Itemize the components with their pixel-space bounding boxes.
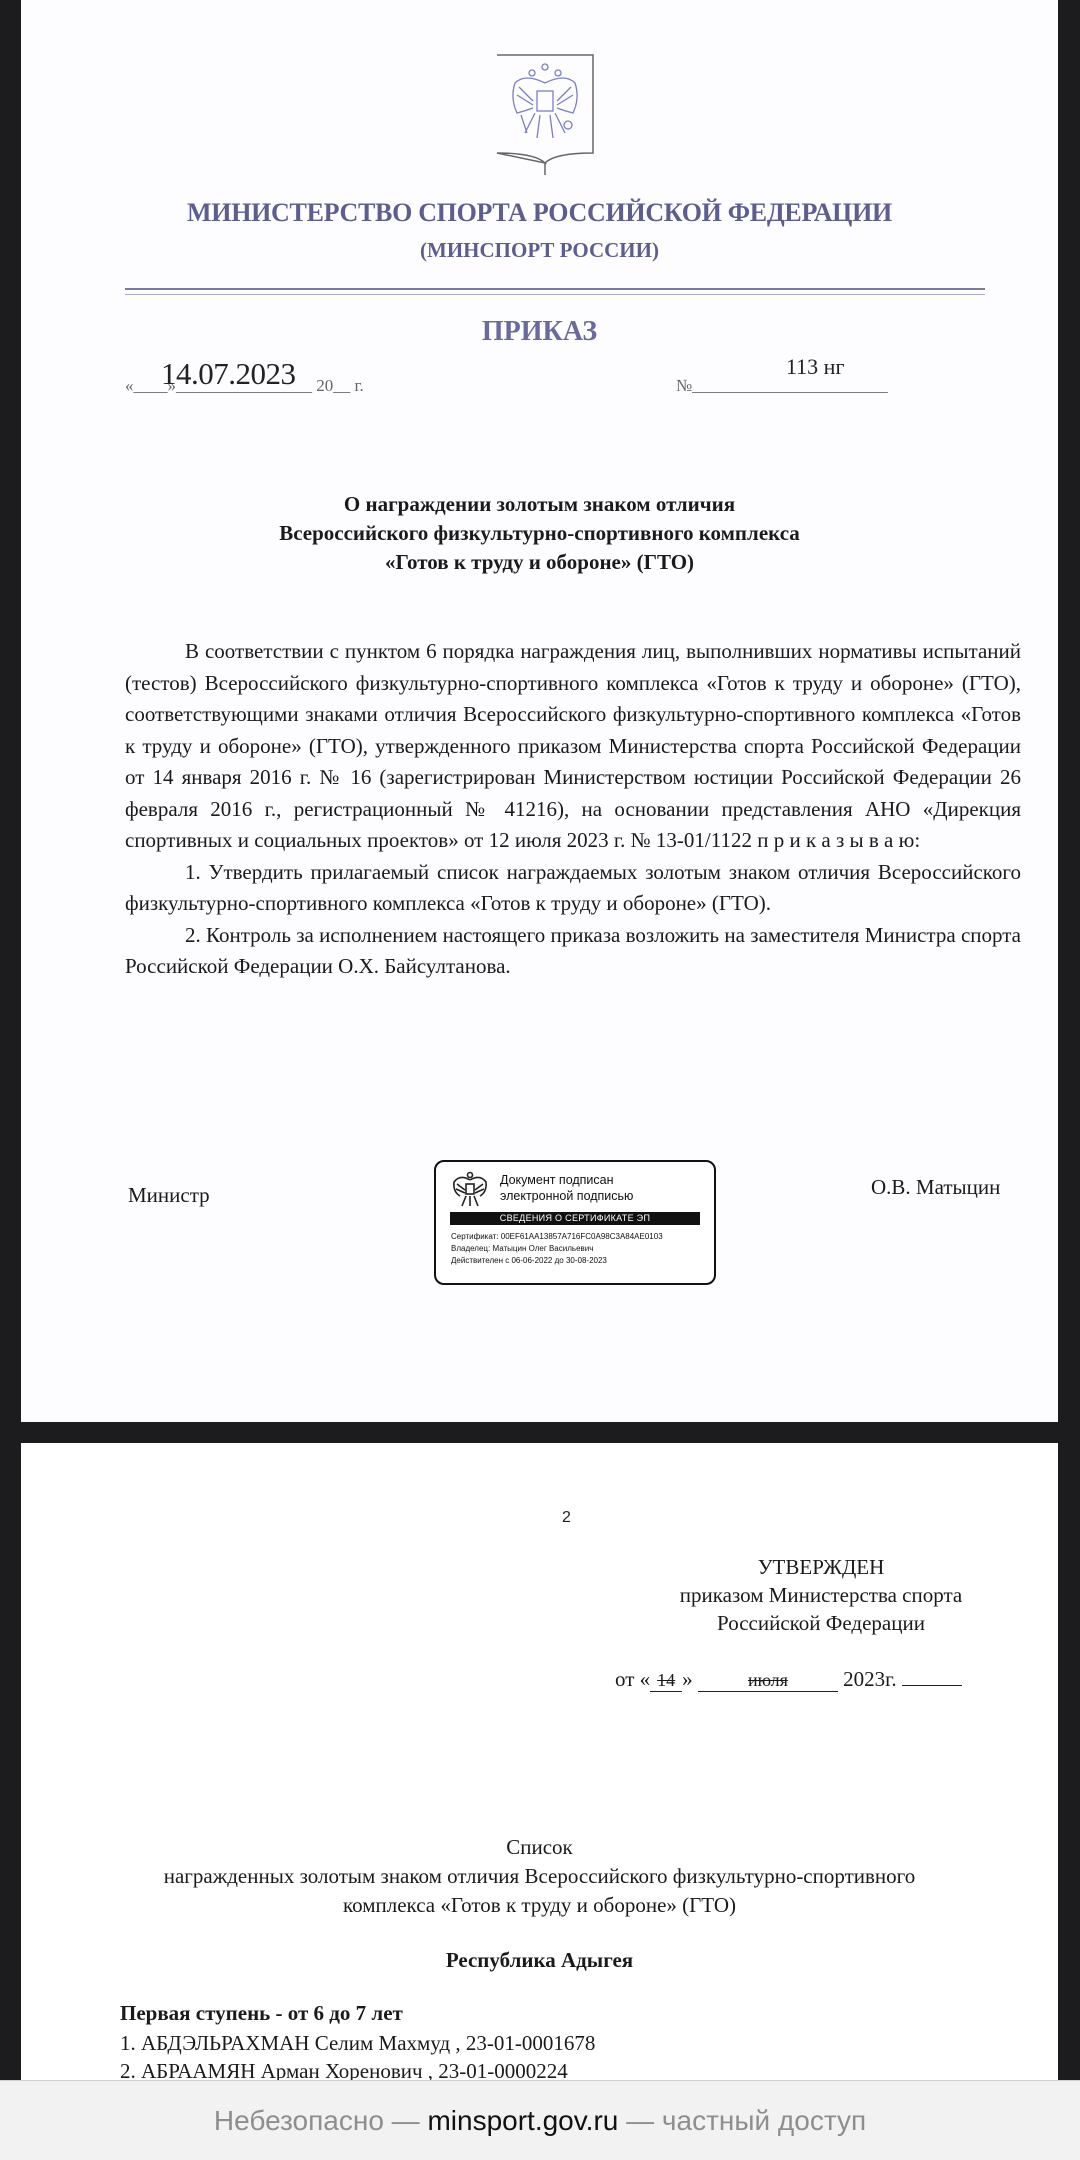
- order-date: 14.07.2023: [161, 356, 296, 392]
- document-page-1: МИНИСТЕРСТВО СПОРТА РОССИЙСКОЙ ФЕДЕРАЦИИ…: [21, 0, 1058, 1422]
- approval-month: июля: [698, 1670, 838, 1692]
- approval-number-blank: [902, 1685, 962, 1686]
- certificate-serial: Сертификат: 00EF61AA13857A716FC0A98C3A84…: [451, 1231, 663, 1243]
- certificate-info-bar: СВЕДЕНИЯ О СЕРТИФИКАТЕ ЭП: [450, 1212, 700, 1225]
- list-title-line: Список: [21, 1833, 1058, 1862]
- electronic-signature-stamp: Документ подписан электронной подписью С…: [434, 1160, 716, 1285]
- approval-line: приказом Министерства спорта: [611, 1581, 1031, 1609]
- security-warning: Небезопасно —: [214, 2105, 428, 2136]
- signature-heading-line: Документ подписан: [500, 1172, 633, 1188]
- approval-date: от «14» июля 2023г.: [615, 1667, 962, 1692]
- document-type-heading: ПРИКАЗ: [21, 316, 1058, 348]
- certificate-owner: Владелец: Матыцин Олег Васильевич: [451, 1243, 663, 1255]
- ministry-short-name: (МИНСПОРТ РОССИИ): [21, 238, 1058, 263]
- private-access-label: — частный доступ: [618, 2105, 866, 2136]
- order-title-line: «Готов к труду и обороне» (ГТО): [21, 548, 1058, 577]
- region-heading: Республика Адыгея: [21, 1948, 1058, 1973]
- order-number: 113 нг: [786, 354, 844, 380]
- order-title-line: О награждении золотым знаком отличия: [21, 490, 1058, 519]
- coat-of-arms-emblem-icon: [495, 53, 595, 178]
- eagle-emblem-icon: [450, 1170, 490, 1210]
- minister-label: Министр: [128, 1183, 210, 1208]
- list-title: Список награжденных золотым знаком отлич…: [21, 1833, 1058, 1920]
- body-paragraph: В соответствии с пунктом 6 порядка награ…: [125, 636, 1021, 857]
- browser-address-bar[interactable]: Небезопасно — minsport.gov.ru — частный …: [0, 2080, 1080, 2160]
- order-title-line: Всероссийского физкультурно-спортивного …: [21, 519, 1058, 548]
- order-body: В соответствии с пунктом 6 порядка награ…: [125, 636, 1021, 983]
- certificate-details: Сертификат: 00EF61AA13857A716FC0A98C3A84…: [451, 1231, 663, 1267]
- approval-line: УТВЕРЖДЕН: [611, 1553, 1031, 1581]
- approval-line: Российской Федерации: [611, 1609, 1031, 1637]
- signature-heading-line: электронной подписью: [500, 1188, 633, 1204]
- ministry-name: МИНИСТЕРСТВО СПОРТА РОССИЙСКОЙ ФЕДЕРАЦИИ: [21, 198, 1058, 228]
- number-template-line: №_______________________: [676, 376, 888, 396]
- list-item: 1. АБДЭЛЬРАХМАН Селим Махмуд , 23-01-000…: [120, 2029, 595, 2057]
- body-paragraph: 2. Контроль за исполнением настоящего пр…: [125, 920, 1021, 983]
- awardee-list: 1. АБДЭЛЬРАХМАН Селим Махмуд , 23-01-000…: [120, 2029, 595, 2085]
- approval-day: 14: [650, 1670, 682, 1692]
- address-host[interactable]: minsport.gov.ru: [427, 2105, 618, 2136]
- order-title: О награждении золотым знаком отличия Все…: [21, 490, 1058, 577]
- certificate-validity: Действителен с 06-06-2022 до 30-08-2023: [451, 1255, 663, 1267]
- approval-date-prefix: от «: [615, 1667, 650, 1691]
- approval-block: УТВЕРЖДЕН приказом Министерства спорта Р…: [611, 1553, 1031, 1637]
- header-divider: [125, 288, 985, 295]
- list-title-line: награжденных золотым знаком отличия Всер…: [21, 1862, 1058, 1891]
- document-page-2: 2 УТВЕРЖДЕН приказом Министерства спорта…: [21, 1443, 1058, 2143]
- signature-heading: Документ подписан электронной подписью: [500, 1172, 633, 1204]
- approval-date-separator: »: [682, 1667, 698, 1691]
- body-paragraph: 1. Утвердить прилагаемый список награжда…: [125, 857, 1021, 920]
- approval-year: 2023г.: [838, 1667, 902, 1691]
- list-title-line: комплекса «Готов к труду и обороне» (ГТО…: [21, 1891, 1058, 1920]
- signer-name: О.В. Матыцин: [871, 1175, 1000, 1200]
- page-number: 2: [562, 1509, 571, 1527]
- stage-heading: Первая ступень - от 6 до 7 лет: [120, 2001, 403, 2026]
